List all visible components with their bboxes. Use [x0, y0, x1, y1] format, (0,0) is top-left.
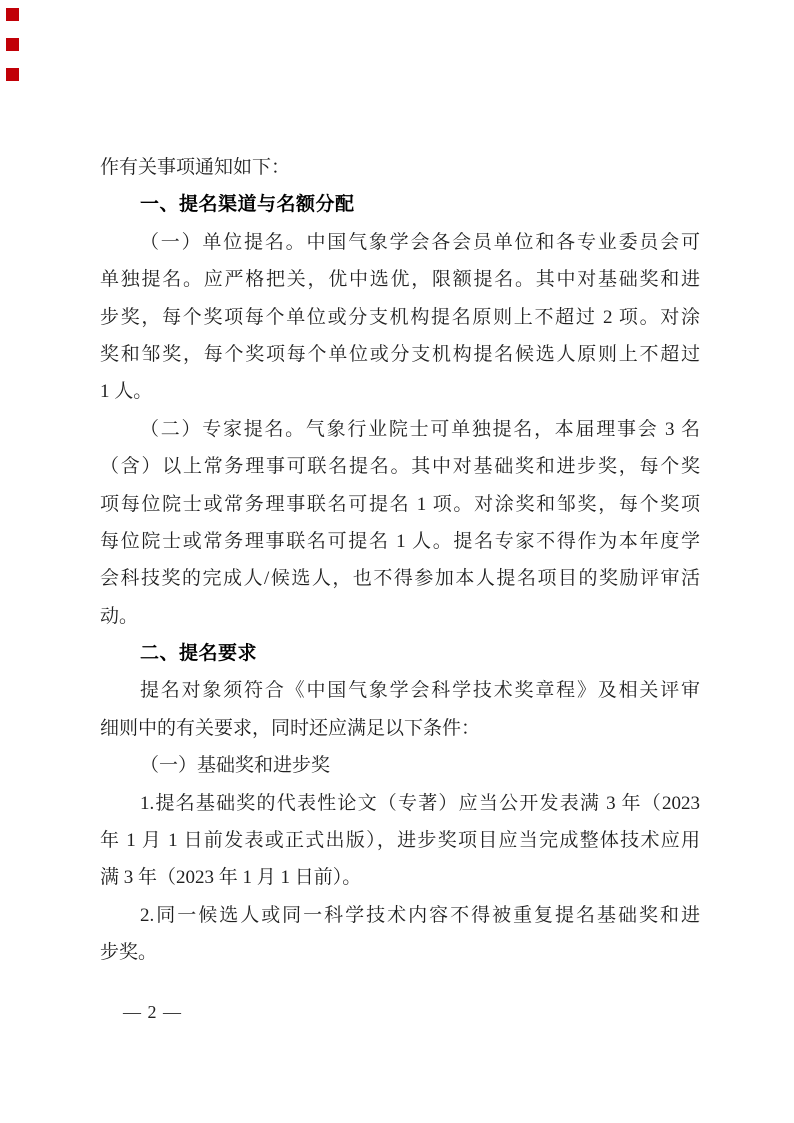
- text-line: 每位院士或常务理事联名可提名 1 人。提名专家不得作为本年度学: [100, 523, 700, 560]
- text-line: （一）单位提名。中国气象学会各会员单位和各专业委员会可: [100, 224, 700, 261]
- text-line: 项每位院士或常务理事联名可提名 1 项。对涂奖和邹奖，每个奖项: [100, 486, 700, 523]
- page-number: — 2 —: [123, 1000, 182, 1024]
- text-line: 年 1 月 1 日前发表或正式出版），进步奖项目应当完成整体技术应用: [100, 822, 700, 859]
- text-line: 会科技奖的完成人/候选人，也不得参加本人提名项目的奖励评审活: [100, 560, 700, 597]
- text-line: 1 人。: [100, 373, 700, 410]
- text-line: 单独提名。应严格把关，优中选优，限额提名。其中对基础奖和进: [100, 261, 700, 298]
- text-line: 细则中的有关要求，同时还应满足以下条件：: [100, 710, 700, 747]
- text-line: 2.同一候选人或同一科学技术内容不得被重复提名基础奖和进: [100, 897, 700, 934]
- section-heading: 一、提名渠道与名额分配: [100, 186, 700, 223]
- text-line: 奖和邹奖，每个奖项每个单位或分支机构提名候选人原则上不超过: [100, 336, 700, 373]
- text-line: 步奖，每个奖项每个单位或分支机构提名原则上不超过 2 项。对涂: [100, 299, 700, 336]
- text-line: （一）基础奖和进步奖: [100, 747, 700, 784]
- document-body: 作有关事项通知如下：一、提名渠道与名额分配（一）单位提名。中国气象学会各会员单位…: [100, 149, 700, 972]
- text-line: 动。: [100, 598, 700, 635]
- text-line: （含）以上常务理事可联名提名。其中对基础奖和进步奖，每个奖: [100, 448, 700, 485]
- document-page: 作有关事项通知如下：一、提名渠道与名额分配（一）单位提名。中国气象学会各会员单位…: [0, 0, 794, 1123]
- text-line: 作有关事项通知如下：: [100, 149, 700, 186]
- text-line: （二）专家提名。气象行业院士可单独提名，本届理事会 3 名: [100, 411, 700, 448]
- section-heading: 二、提名要求: [100, 635, 700, 672]
- text-line: 满 3 年（2023 年 1 月 1 日前）。: [100, 859, 700, 896]
- text-line: 提名对象须符合《中国气象学会科学技术奖章程》及相关评审: [100, 672, 700, 709]
- red-stamp-mark: [6, 8, 19, 21]
- red-stamp-mark: [6, 68, 19, 81]
- text-line: 1.提名基础奖的代表性论文（专著）应当公开发表满 3 年（2023: [100, 785, 700, 822]
- red-stamp-mark: [6, 38, 19, 51]
- text-line: 步奖。: [100, 934, 700, 971]
